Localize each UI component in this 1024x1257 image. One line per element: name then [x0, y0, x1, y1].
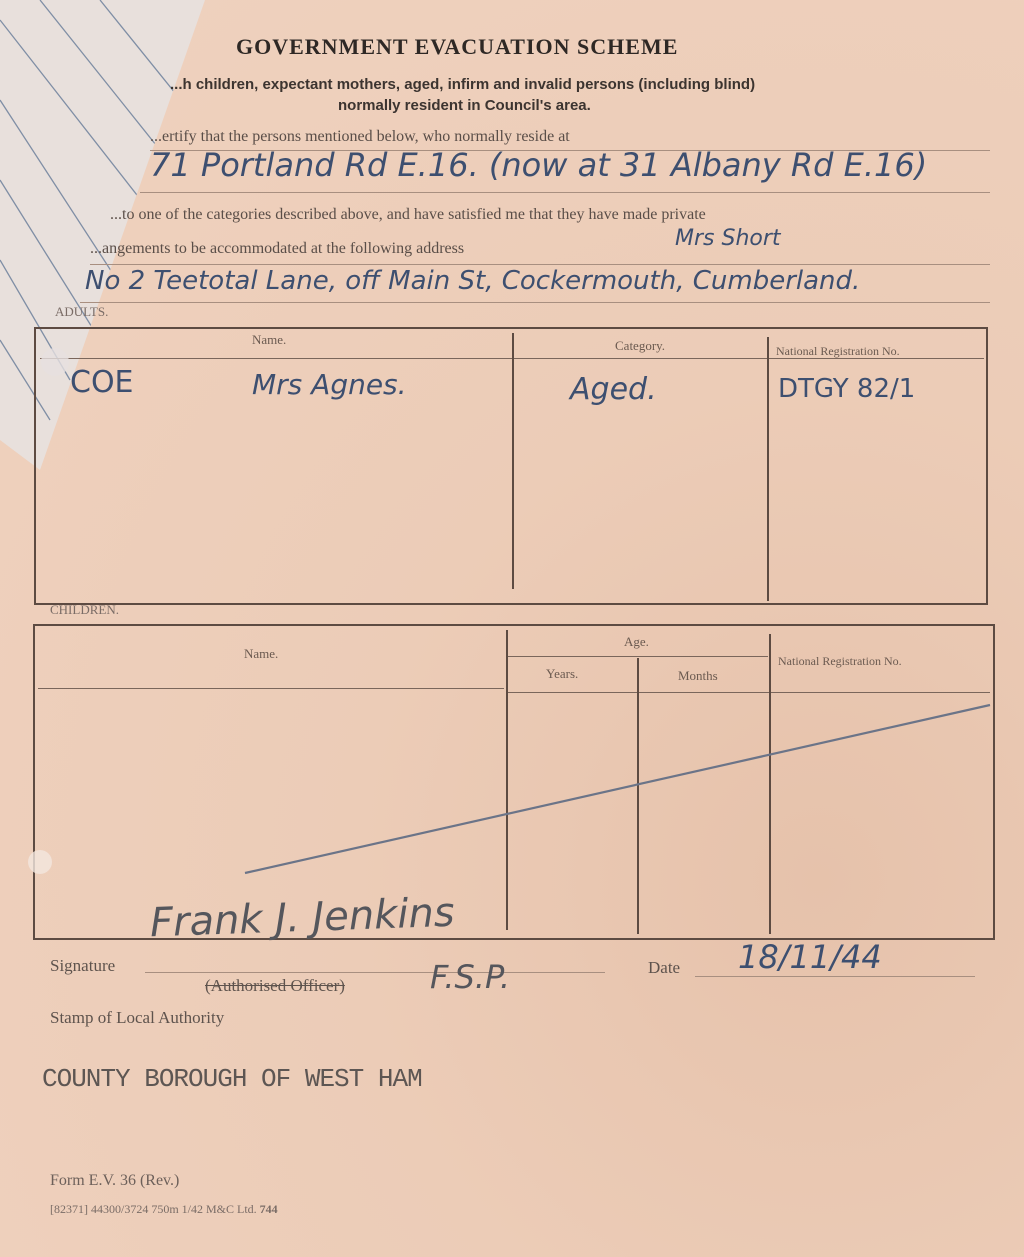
form-id: Form E.V. 36 (Rev.) — [50, 1172, 179, 1190]
stamp-label: Stamp of Local Authority — [50, 1008, 224, 1028]
officer-label: (Authorised Officer) — [205, 976, 345, 996]
officer-annotation: F.S.P. — [430, 958, 510, 996]
signature-label: Signature — [50, 956, 115, 976]
print-info: [82371] 44300/3724 750m 1/42 M&C Ltd. 74… — [50, 1202, 278, 1217]
print-code: 744 — [260, 1202, 278, 1216]
print-info-text: [82371] 44300/3724 750m 1/42 M&C Ltd. — [50, 1202, 257, 1216]
authority-stamp: COUNTY BOROUGH OF WEST HAM — [42, 1064, 422, 1094]
date-value: 18/11/44 — [738, 938, 882, 976]
date-label: Date — [648, 958, 680, 978]
